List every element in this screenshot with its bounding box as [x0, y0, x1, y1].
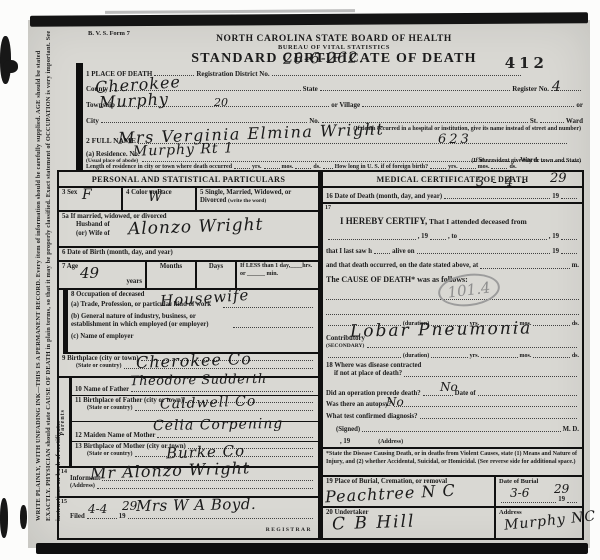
- dotted-line: [97, 487, 313, 489]
- duration2-label: (duration): [403, 353, 429, 361]
- autopsy-label: Was there an autopsy?: [326, 401, 392, 409]
- marital-sublabel: (write the word): [228, 198, 266, 204]
- dotted-line: [87, 517, 117, 519]
- filed-number: 15: [61, 499, 67, 507]
- field-age: 7 Age years: [59, 262, 147, 288]
- handwritten-burial-year: 29: [554, 482, 569, 496]
- filed-year-prefix: 19: [119, 513, 126, 521]
- handwritten-burial-date: 3-6: [510, 486, 529, 500]
- ds-label: ds.: [572, 321, 579, 329]
- where-label: 18 Where was disease contracted: [326, 362, 579, 370]
- dotted-line: [128, 517, 313, 519]
- village-label: or Village: [331, 101, 360, 109]
- sex-race-marital-row: 3 Sex 4 Color or Race 5 Single, Married,…: [59, 188, 318, 212]
- dotted-line: [430, 238, 446, 240]
- where-row2: if not at place of death?: [326, 370, 579, 378]
- dotted-line: [362, 105, 574, 107]
- dotted-line: [394, 405, 577, 407]
- c-to-label: , to: [448, 233, 457, 241]
- personal-heading: PERSONAL AND STATISTICAL PARTICULARS: [59, 172, 318, 188]
- c19c-label: 19: [552, 248, 559, 256]
- handwritten-operation-answer: No: [440, 380, 458, 394]
- dotted-line: [417, 252, 551, 254]
- dotted-line: [323, 167, 333, 169]
- last-saw-label: that I last saw h: [326, 248, 372, 256]
- registration-district-label: Registration District No.: [196, 70, 269, 78]
- filed-label: Filed: [70, 513, 85, 521]
- handwritten-autopsy-answer: No: [386, 395, 404, 409]
- mos2-label: mos.: [520, 353, 532, 361]
- dotted-line: [533, 356, 569, 358]
- dotted-line: [295, 167, 311, 169]
- residence-label: (a) Residence. No.: [86, 150, 140, 158]
- cause-code-text: 101.4: [447, 278, 492, 301]
- m-label: m.: [572, 262, 579, 270]
- field-signed: (Signed) M. D.: [323, 422, 582, 435]
- address-line: , 19 (Address): [323, 435, 582, 449]
- board-name: NORTH CAROLINA STATE BOARD OF HEALTH: [84, 34, 584, 44]
- death-occurred-label: and that death occurred, on the date sta…: [326, 262, 478, 270]
- field-test: What test confirmed diagnosis?: [323, 410, 582, 422]
- dotted-line: [362, 430, 560, 432]
- signed-label: (Signed): [336, 426, 360, 434]
- dotted-line: [131, 390, 313, 392]
- handwritten-registration-district: 20-6-262.: [283, 48, 364, 67]
- dotted-line: [320, 89, 510, 91]
- dotted-line: [561, 197, 577, 199]
- dotted-line: [430, 167, 446, 169]
- handwritten-age: 49: [80, 264, 99, 282]
- st-label: St.: [530, 117, 538, 125]
- dotted-line: [561, 238, 577, 240]
- dotted-line: [431, 356, 467, 358]
- handwritten-father-birthplace: Caldwell Co: [160, 393, 257, 412]
- ward-label: Ward: [566, 117, 583, 125]
- handwritten-undertaker: C B Hill: [332, 512, 416, 535]
- dotted-line: [567, 501, 577, 503]
- dotted-line: [234, 167, 250, 169]
- residence-label-stack: (a) Residence. No. (Usual place of abode…: [86, 150, 140, 164]
- informant-row2: (Address): [70, 483, 315, 491]
- certify-rest: That I attended deceased from: [429, 217, 527, 226]
- c19b-label: , 19: [549, 233, 559, 241]
- handwritten-date-of-death: 3 - 4 -: [476, 175, 528, 190]
- occupation-c-label: (c) Name of employer: [71, 333, 315, 341]
- handwritten-filed-date: 4-4: [88, 502, 107, 516]
- dotted-line: [233, 326, 313, 328]
- register-no-label: Register No.: [512, 85, 549, 93]
- age-less-label: If LESS than 1 day,____hrs. or ______ mi…: [240, 263, 312, 277]
- field-date-of-death: 16 Date of Death (month, day, and year) …: [323, 188, 582, 204]
- certify-bold: I HEREBY CERTIFY,: [340, 216, 427, 226]
- informant-number: 14: [61, 469, 67, 477]
- field-date-of-birth: 6 Date of Birth (month, day, and year): [59, 248, 318, 262]
- dotted-line: [481, 356, 517, 358]
- dotted-line: [272, 74, 521, 76]
- cause-footnote: *State the Disease Causing Death, or in …: [323, 449, 582, 477]
- scan-blot: [20, 505, 27, 529]
- dotted-line: [423, 394, 453, 396]
- test-label: What test confirmed diagnosis?: [326, 413, 418, 421]
- dotted-line: [501, 501, 556, 503]
- dotted-line: [460, 167, 476, 169]
- age-days-label: Days: [209, 263, 223, 270]
- sex-label: 3 Sex: [62, 189, 77, 196]
- scanned-death-certificate: WRITE PLAINLY, WITH UNFADING INK—THIS IS…: [0, 0, 600, 560]
- dod-year-prefix: 19: [552, 193, 559, 201]
- dotted-line: [223, 306, 313, 308]
- registrar-label: REGISTRAR: [266, 527, 312, 534]
- dotted-line: [540, 121, 564, 123]
- duration2-row: (duration) yrs. mos. ds.: [323, 351, 582, 361]
- dotted-line: [374, 252, 390, 254]
- scan-blot: [0, 498, 8, 538]
- dotted-line: [480, 267, 569, 269]
- parents-strip: Parents: [59, 378, 72, 466]
- age-label: 7 Age: [62, 263, 78, 270]
- dotted-line: [420, 417, 577, 419]
- undertaker-address-label: Address: [499, 509, 522, 516]
- field-age-days: Days: [197, 262, 237, 288]
- dotted-line: [328, 238, 416, 240]
- parents-label: Parents: [60, 409, 68, 436]
- dotted-line: [157, 436, 313, 438]
- state-label: State: [303, 85, 318, 93]
- informant-sublabel: (Address): [70, 483, 95, 491]
- field-autopsy: Was there an autopsy?: [323, 399, 582, 410]
- md-label: M. D.: [563, 426, 579, 434]
- addr-prefix: , 19: [340, 438, 350, 446]
- where-line2: if not at place of death?: [334, 370, 402, 378]
- dod-label: 16 Date of Death (month, day, and year): [326, 193, 442, 201]
- certify-line1: I HEREBY CERTIFY, That I attended deceas…: [340, 216, 579, 227]
- certify-line4: and that death occurred, on the date sta…: [326, 262, 579, 270]
- contributory-sublabel: (SECONDARY): [326, 343, 365, 350]
- mother-label: 12 Maiden Name of Mother: [75, 432, 155, 440]
- handwritten-date-of-death-year: 29: [550, 171, 567, 186]
- handwritten-township: Murphy: [99, 89, 170, 112]
- dotted-line: [404, 375, 577, 377]
- dotted-line: [264, 167, 280, 169]
- field-age-months: Months: [147, 262, 197, 288]
- burial-year-prefix: 19: [558, 496, 565, 504]
- dob-label: 6 Date of Birth (month, day, and year): [62, 249, 173, 256]
- handwritten-house-number: 623: [438, 132, 472, 147]
- handwritten-register-no: 4: [552, 79, 561, 95]
- father-bp-sublabel: (State or country): [87, 405, 133, 413]
- handwritten-registrar: Mrs W A Boyd.: [136, 495, 256, 515]
- city-label: City: [86, 117, 99, 125]
- c19a-label: , 19: [418, 233, 428, 241]
- handwritten-mother-name: Celia Corpening: [153, 416, 284, 434]
- dotted-line: [491, 167, 507, 169]
- dotted-line: [533, 324, 569, 326]
- dotted-line: [478, 394, 577, 396]
- addr-label: (Address): [378, 439, 403, 447]
- mother-bp-sublabel: (State or country): [87, 451, 133, 459]
- field-marital: 5 Single, Married, Widowed, or Divorced …: [197, 188, 318, 210]
- dotted-line: [142, 160, 476, 162]
- ds2-label: ds.: [572, 353, 579, 361]
- medical-heading: MEDICAL CERTIFICATE OF DEATH: [323, 172, 582, 188]
- occupation-b-label: (b) General nature of industry, business…: [71, 313, 231, 330]
- dotted-line: [561, 252, 577, 254]
- alive-on-label: alive on: [392, 248, 414, 256]
- certify-line3: that I last saw h alive on 19: [326, 248, 579, 256]
- handwritten-township-number: 20: [214, 96, 228, 109]
- page-edge-bottom: [36, 543, 588, 554]
- form-left-border: [76, 63, 83, 171]
- age-years-label: years: [127, 278, 142, 286]
- form-number: B. V. S. Form 7: [88, 30, 130, 37]
- scan-blot: [3, 60, 18, 73]
- age-months-label: Months: [160, 263, 182, 270]
- occupation-b-row: (b) General nature of industry, business…: [71, 313, 315, 330]
- dotted-line: [459, 238, 547, 240]
- handwritten-race: W: [148, 189, 162, 205]
- dotted-line: [367, 346, 577, 348]
- handwritten-father-name: Theodore Sudderth: [130, 372, 267, 389]
- or-label: or: [576, 101, 583, 109]
- yrs2-label: yrs.: [470, 353, 480, 361]
- birthplace-sublabel: (State or country): [76, 363, 122, 371]
- certify-line2: , 19 , to , 19: [326, 233, 579, 241]
- operation-label: Did an operation precede death?: [326, 390, 421, 398]
- father-label: 10 Name of Father: [75, 386, 129, 394]
- item-17-number: 17: [325, 205, 331, 213]
- handwritten-contributory: Lobar Pneumonia: [350, 318, 533, 341]
- handwritten-birthplace: Cherokee Co: [136, 349, 252, 372]
- dotted-line: [328, 356, 401, 358]
- handwritten-sex: F: [82, 187, 92, 203]
- field-age-less: If LESS than 1 day,____hrs. or ______ mi…: [237, 262, 318, 288]
- dotted-line: [444, 197, 550, 199]
- certify-block: 17 I HEREBY CERTIFY, That I attended dec…: [323, 204, 582, 274]
